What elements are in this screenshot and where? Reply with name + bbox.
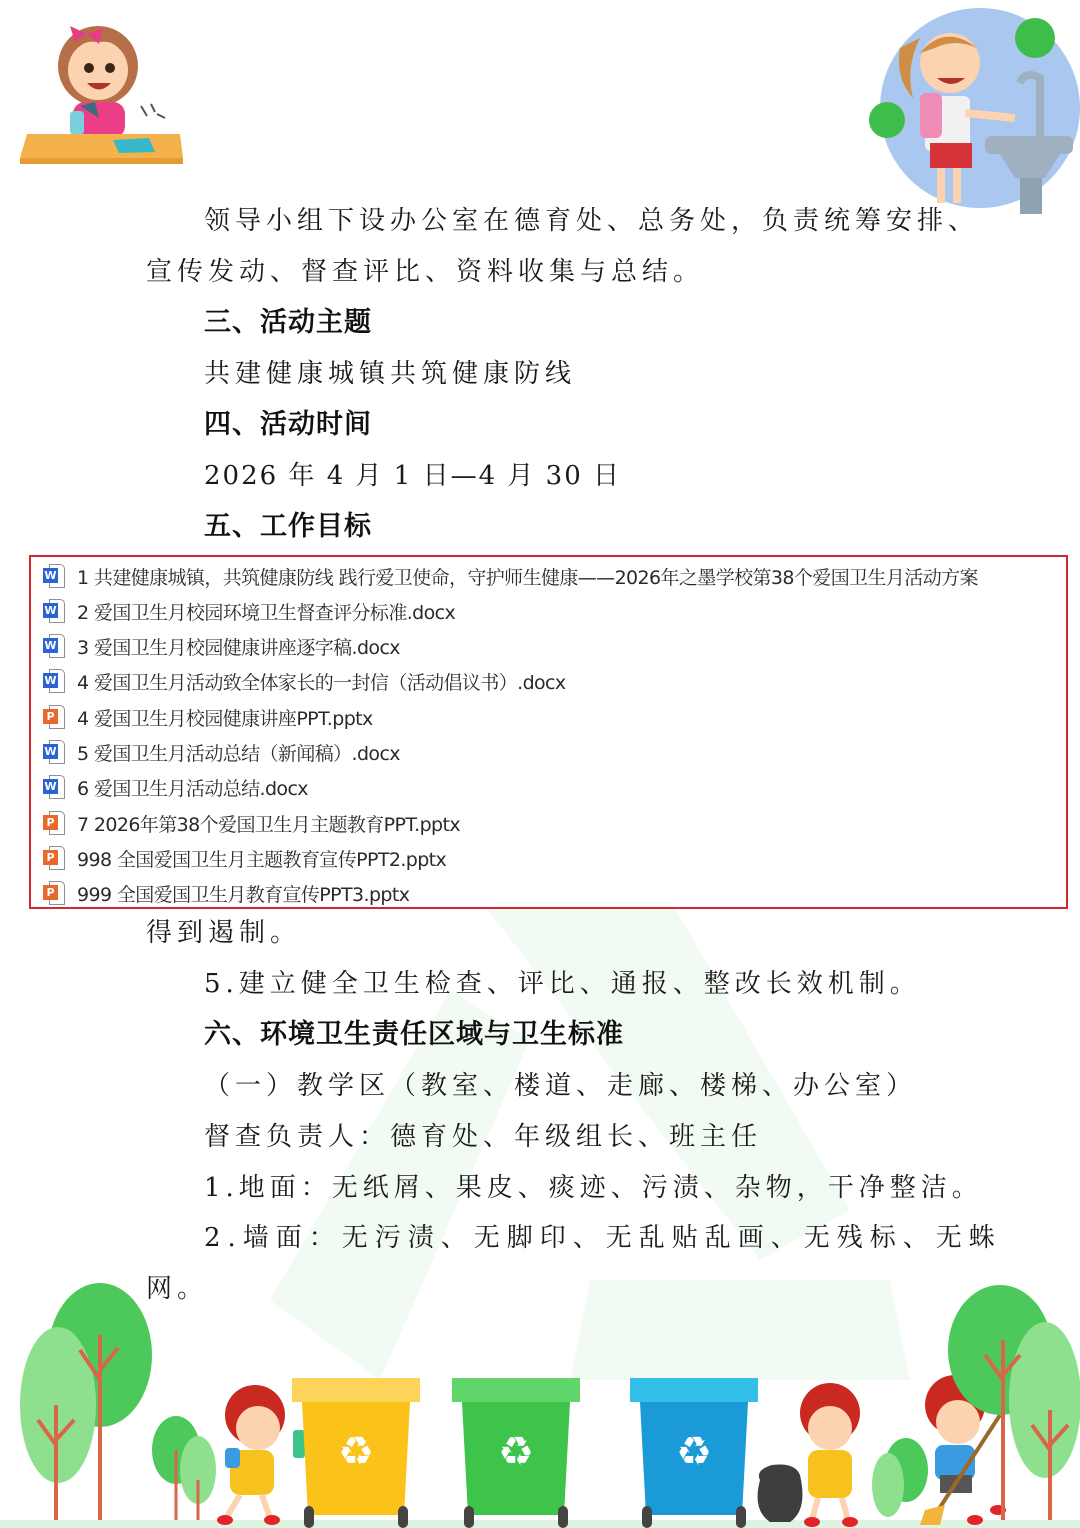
file-name: 6 爱国卫生月活动总结.docx: [77, 774, 308, 801]
section4-heading: 四、活动时间: [204, 408, 372, 442]
word-doc-icon: W: [43, 634, 65, 658]
section6-heading: 六、环境卫生责任区域与卫生标准: [204, 1018, 624, 1052]
office-paragraph-line1: 领导小组下设办公室在德育处、总务处，负责统筹安排、: [204, 204, 979, 238]
file-name: 7 2026年第38个爱国卫生月主题教育PPT.pptx: [77, 810, 460, 837]
ppt-file-icon: P: [43, 881, 65, 905]
file-name: 998 全国爱国卫生月主题教育宣传PPT2.pptx: [77, 845, 446, 872]
file-item[interactable]: P 7 2026年第38个爱国卫生月主题教育PPT.pptx: [43, 808, 460, 838]
svg-text:♻: ♻: [498, 1429, 534, 1475]
file-name: 999 全国爱国卫生月教育宣传PPT3.pptx: [77, 880, 409, 907]
file-name: 3 爱国卫生月校园健康讲座逐字稿.docx: [77, 633, 400, 660]
file-item[interactable]: W 6 爱国卫生月活动总结.docx: [43, 772, 308, 802]
file-item[interactable]: W 3 爱国卫生月校园健康讲座逐字稿.docx: [43, 631, 400, 661]
girl-cleaning-illustration: [15, 8, 190, 168]
word-doc-icon: W: [43, 564, 65, 588]
word-doc-icon: W: [43, 669, 65, 693]
file-item[interactable]: W 5 爱国卫生月活动总结（新闻稿）.docx: [43, 737, 400, 767]
ppt-file-icon: P: [43, 705, 65, 729]
file-item[interactable]: W 4 爱国卫生月活动致全体家长的一封信（活动倡议书）.docx: [43, 666, 566, 696]
file-name: 1 共建健康城镇，共筑健康防线 践行爱卫使命，守护师生健康——2026年之墨学校…: [77, 563, 978, 590]
ppt-file-icon: P: [43, 846, 65, 870]
file-item[interactable]: W 2 爱国卫生月校园环境卫生督查评分标准.docx: [43, 596, 455, 626]
goal5-text: 5.建立健全卫生检查、评比、通报、整改长效机制。: [204, 967, 921, 1001]
file-name: 4 爱国卫生月校园健康讲座PPT.pptx: [77, 704, 373, 731]
theme-text: 共建健康城镇共筑健康防线: [204, 357, 576, 391]
file-name: 2 爱国卫生月校园环境卫生督查评分标准.docx: [77, 598, 455, 625]
section3-heading: 三、活动主题: [204, 306, 372, 340]
file-item[interactable]: P 998 全国爱国卫生月主题教育宣传PPT2.pptx: [43, 843, 446, 873]
wall-standard-line1: 2.墙面：无污渍、无脚印、无乱贴乱画、无残标、无蛛: [204, 1221, 1002, 1255]
attachment-file-list: W 1 共建健康城镇，共筑健康防线 践行爱卫使命，守护师生健康——2026年之墨…: [29, 555, 1068, 909]
word-doc-icon: W: [43, 775, 65, 799]
word-doc-icon: W: [43, 599, 65, 623]
teaching-area-subheading: （一）教学区（教室、楼道、走廊、楼梯、办公室）: [204, 1069, 917, 1103]
file-item[interactable]: P 4 爱国卫生月校园健康讲座PPT.pptx: [43, 702, 373, 732]
svg-text:♻: ♻: [338, 1429, 374, 1475]
file-item[interactable]: W 1 共建健康城镇，共筑健康防线 践行爱卫使命，守护师生健康——2026年之墨…: [43, 561, 978, 591]
file-name: 4 爱国卫生月活动致全体家长的一封信（活动倡议书）.docx: [77, 668, 566, 695]
handwashing-girl-illustration: [865, 8, 1080, 218]
cleanup-scene-illustration: ♻ ♻ ♻: [0, 1270, 1080, 1528]
section5-heading: 五、工作目标: [204, 510, 372, 544]
svg-text:♻: ♻: [676, 1429, 712, 1475]
file-name: 5 爱国卫生月活动总结（新闻稿）.docx: [77, 739, 400, 766]
file-item[interactable]: P 999 全国爱国卫生月教育宣传PPT3.pptx: [43, 878, 409, 908]
word-doc-icon: W: [43, 740, 65, 764]
goal-tail-text: 得到遏制。: [146, 916, 301, 950]
supervisor-text: 督查负责人：德育处、年级组长、班主任: [204, 1120, 762, 1154]
ppt-file-icon: P: [43, 811, 65, 835]
floor-standard-text: 1.地面：无纸屑、果皮、痰迹、污渍、杂物，干净整洁。: [204, 1171, 983, 1205]
office-paragraph-line2: 宣传发动、督查评比、资料收集与总结。: [146, 255, 704, 289]
period-text: 2026 年 4 月 1 日—4 月 30 日: [204, 459, 621, 493]
